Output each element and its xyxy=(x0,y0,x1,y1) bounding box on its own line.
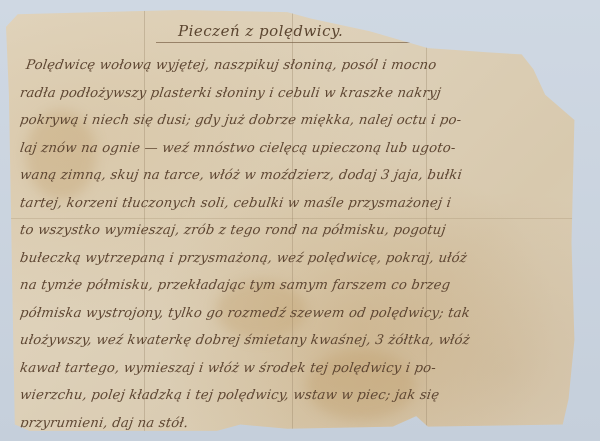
text-line: bułeczką wytrzepaną i przysmażoną, weź p… xyxy=(18,245,582,273)
page-title: Pieczeń z polędwicy. xyxy=(178,22,343,40)
text-line: wierzchu, polej kładzką i tej polędwicy,… xyxy=(18,382,582,410)
text-line: na tymże półmisku, przekładając tym samy… xyxy=(18,272,582,300)
text-line: półmiska wystrojony, tylko go rozmedź sz… xyxy=(18,300,582,328)
manuscript-page: Pieczeń z polędwicy. Polędwicę wołową wy… xyxy=(6,10,592,433)
text-line: radła podłożywszy plasterki słoniny i ce… xyxy=(18,80,582,108)
text-line: kawał tartego, wymieszaj i włóż w środek… xyxy=(18,355,582,383)
text-line: to wszystko wymieszaj, zrób z tego rond … xyxy=(18,217,582,245)
text-line: waną zimną, skuj na tarce, włóż w moździ… xyxy=(18,162,582,190)
text-line: pokrywą i niech się dusi; gdy już dobrze… xyxy=(18,107,582,135)
title-underline xyxy=(156,42,416,43)
text-line: tartej, korzeni tłuczonych soli, cebulki… xyxy=(18,190,582,218)
text-line: laj znów na ognie — weź mnóstwo cielęcą … xyxy=(18,135,582,163)
text-line: ułożywszy, weź kwaterkę dobrej śmietany … xyxy=(18,327,582,355)
text-line: Polędwicę wołową wyjętej, naszpikuj słon… xyxy=(18,52,582,80)
manuscript-body: Polędwicę wołową wyjętej, naszpikuj słon… xyxy=(20,52,580,437)
